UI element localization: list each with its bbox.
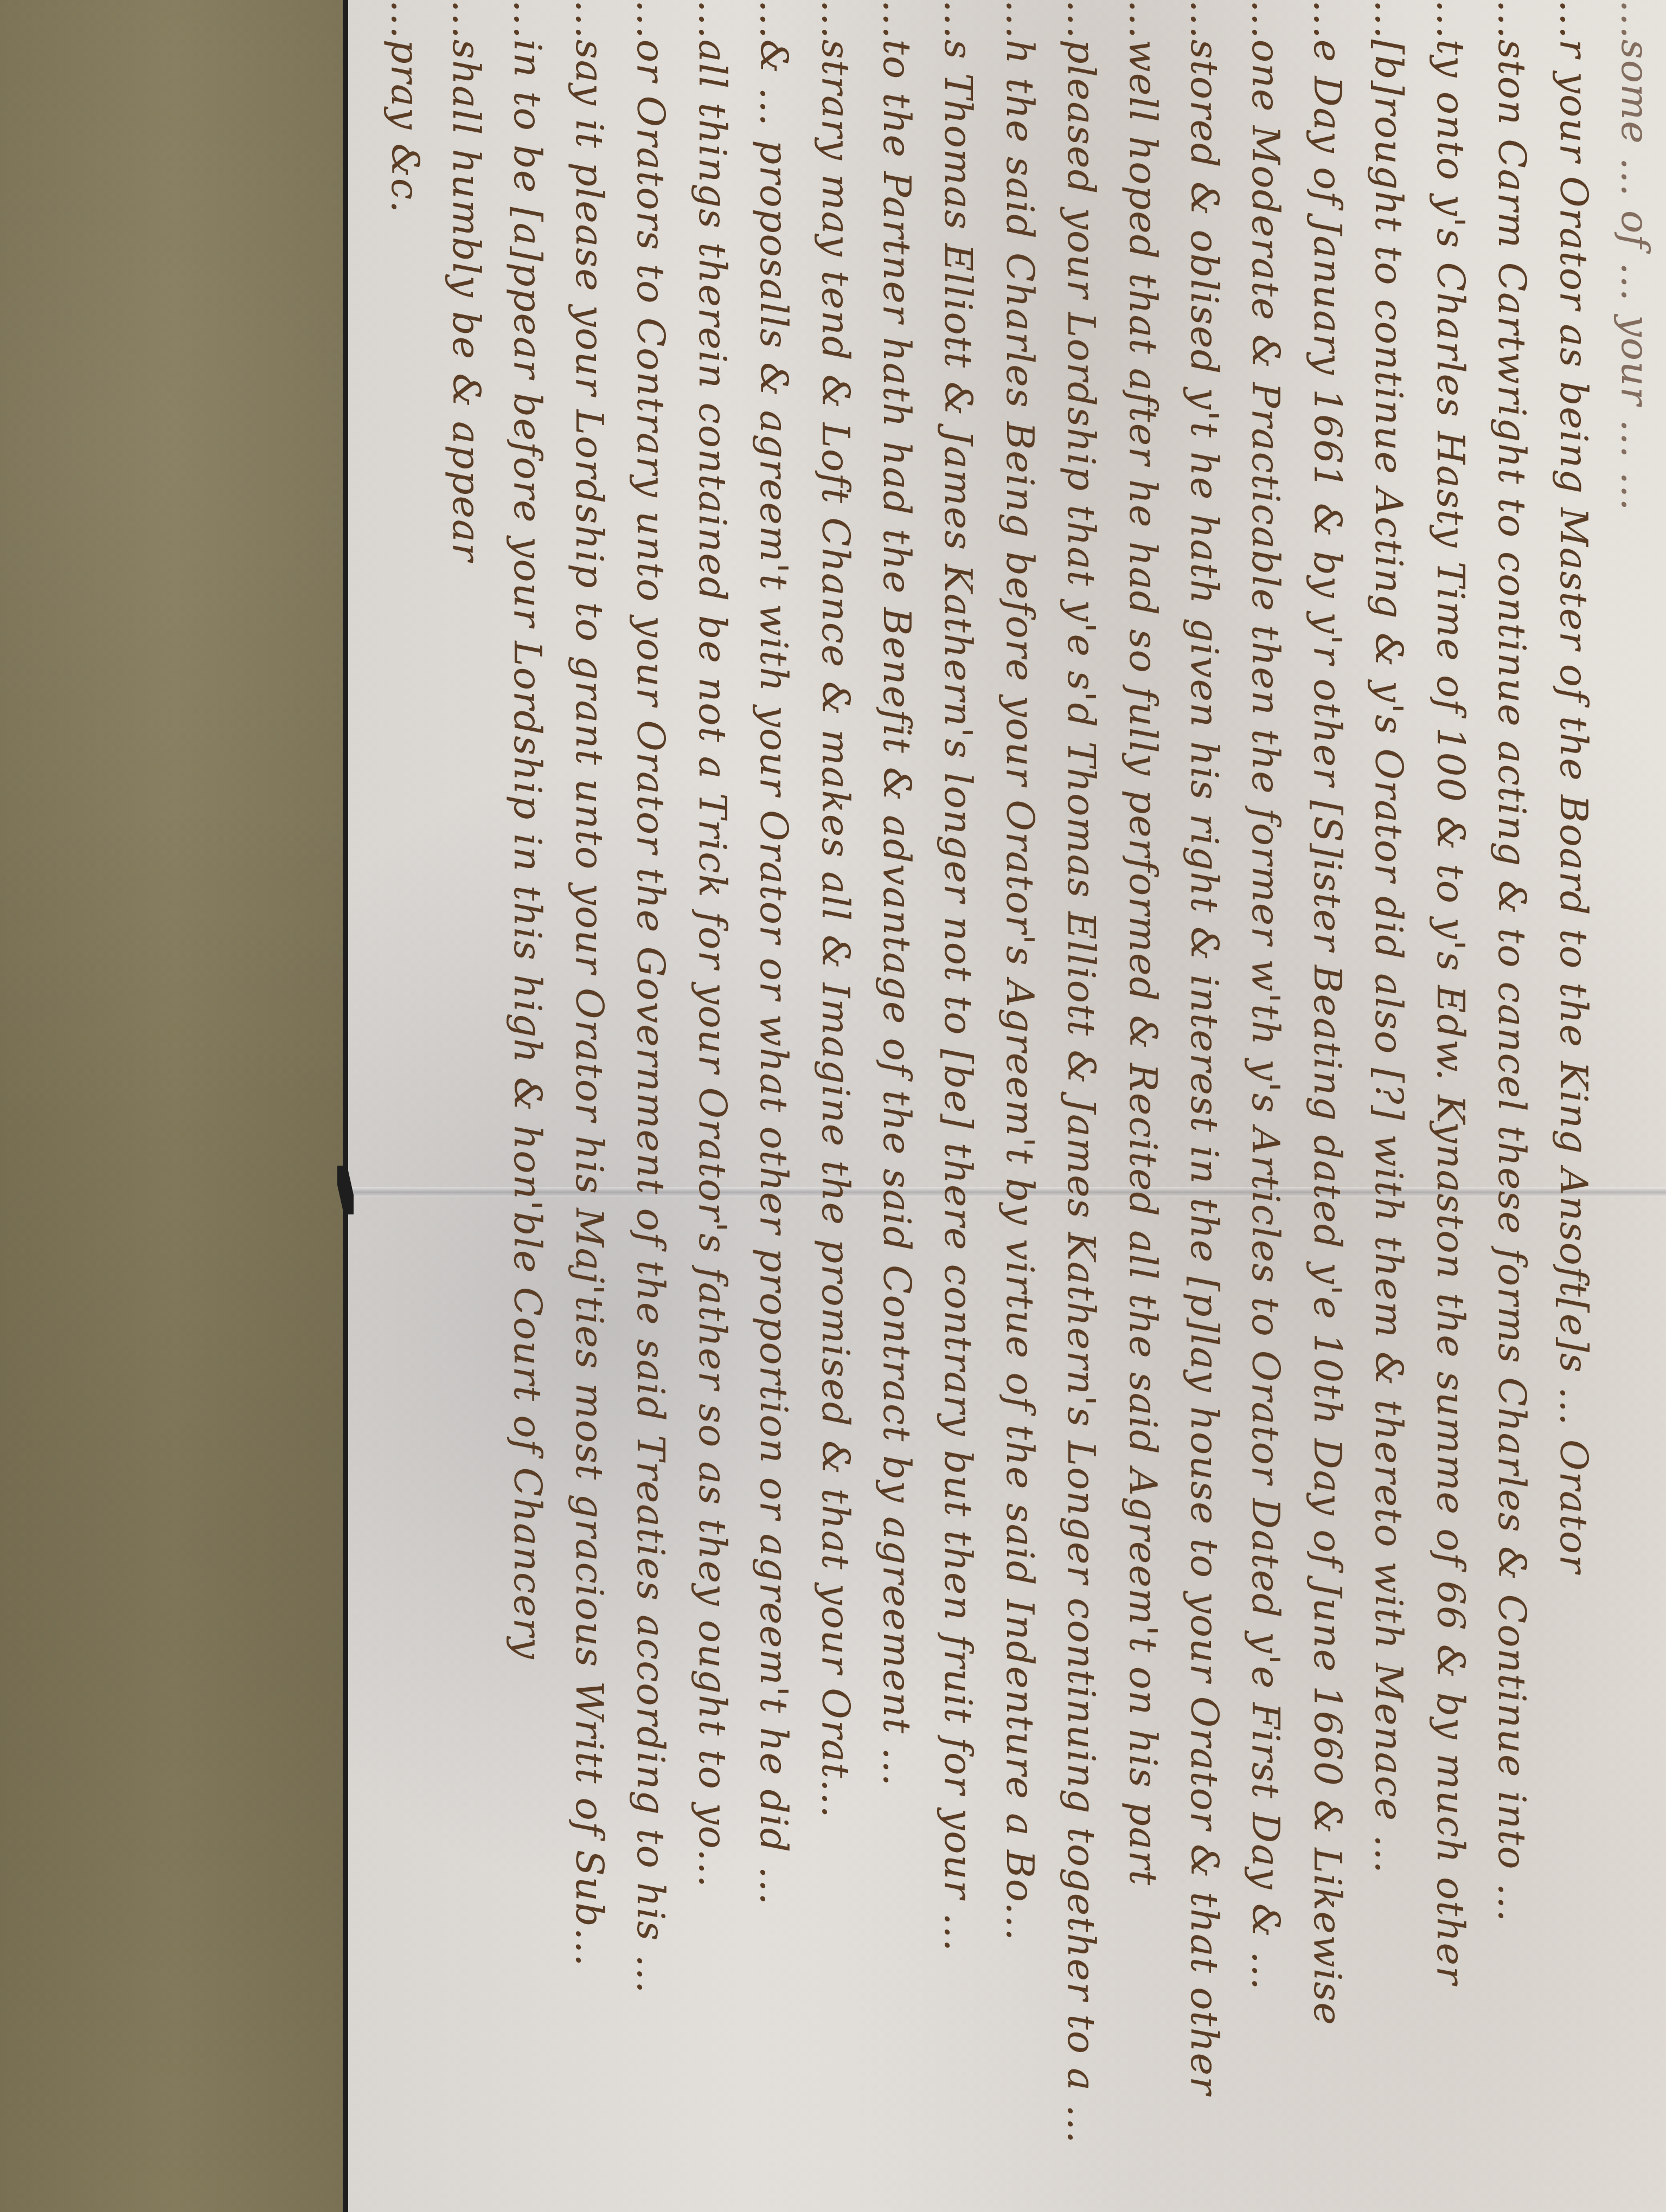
manuscript-line: ...ty onto y's Charles Hasty Time of 100… — [1420, 0, 1481, 2212]
manuscript-line: ...say it please your Lordship to grant … — [559, 0, 620, 2212]
manuscript-line: ...[b]rought to continue Acting & y's Or… — [1359, 0, 1420, 2212]
manuscript-line: ...one Moderate & Practicable then the f… — [1235, 0, 1297, 2212]
manuscript-line: ...e Day of January 1661 & by y'r other … — [1297, 0, 1358, 2212]
manuscript-line: ...to the Partner hath had the Benefit &… — [867, 0, 928, 2212]
manuscript-line: ...pleased your Lordship that y'e s'd Th… — [1051, 0, 1112, 2212]
manuscript-line: ...well hoped that after he had so fully… — [1112, 0, 1174, 2212]
manuscript-line: ...all things therein contained be not a… — [682, 0, 743, 2212]
background-board — [0, 0, 347, 2212]
manuscript-line: ...some ... of ... your ... ... — [1605, 0, 1666, 2212]
manuscript-line: ...& ... proposalls & agreem't with your… — [744, 0, 805, 2212]
manuscript-line: ...in to be [a]ppear before your Lordshi… — [497, 0, 559, 2212]
manuscript-line: ...r your Orator as being Master of the … — [1543, 0, 1604, 2212]
manuscript-line: ...shall humbly be & appear — [436, 0, 497, 2212]
manuscript-line: ...pray &c. — [374, 0, 435, 2212]
manuscript-line: ...ston Carm Cartwright to continue acti… — [1482, 0, 1543, 2212]
manuscript-line: ...strary may tend & Loft Chance & makes… — [805, 0, 866, 2212]
manuscript-line: ...stored & oblised y't he hath given hi… — [1174, 0, 1235, 2212]
manuscript-line: ...s Thomas Elliott & James Kathern's lo… — [928, 0, 989, 2212]
manuscript-text-block: ...some ... of ... your ... ... ...r you… — [374, 0, 1666, 2212]
manuscript-line: ...h the said Charles Being before your … — [989, 0, 1050, 2212]
manuscript-line: ...or Orators to Contrary unto your Orat… — [620, 0, 682, 2212]
